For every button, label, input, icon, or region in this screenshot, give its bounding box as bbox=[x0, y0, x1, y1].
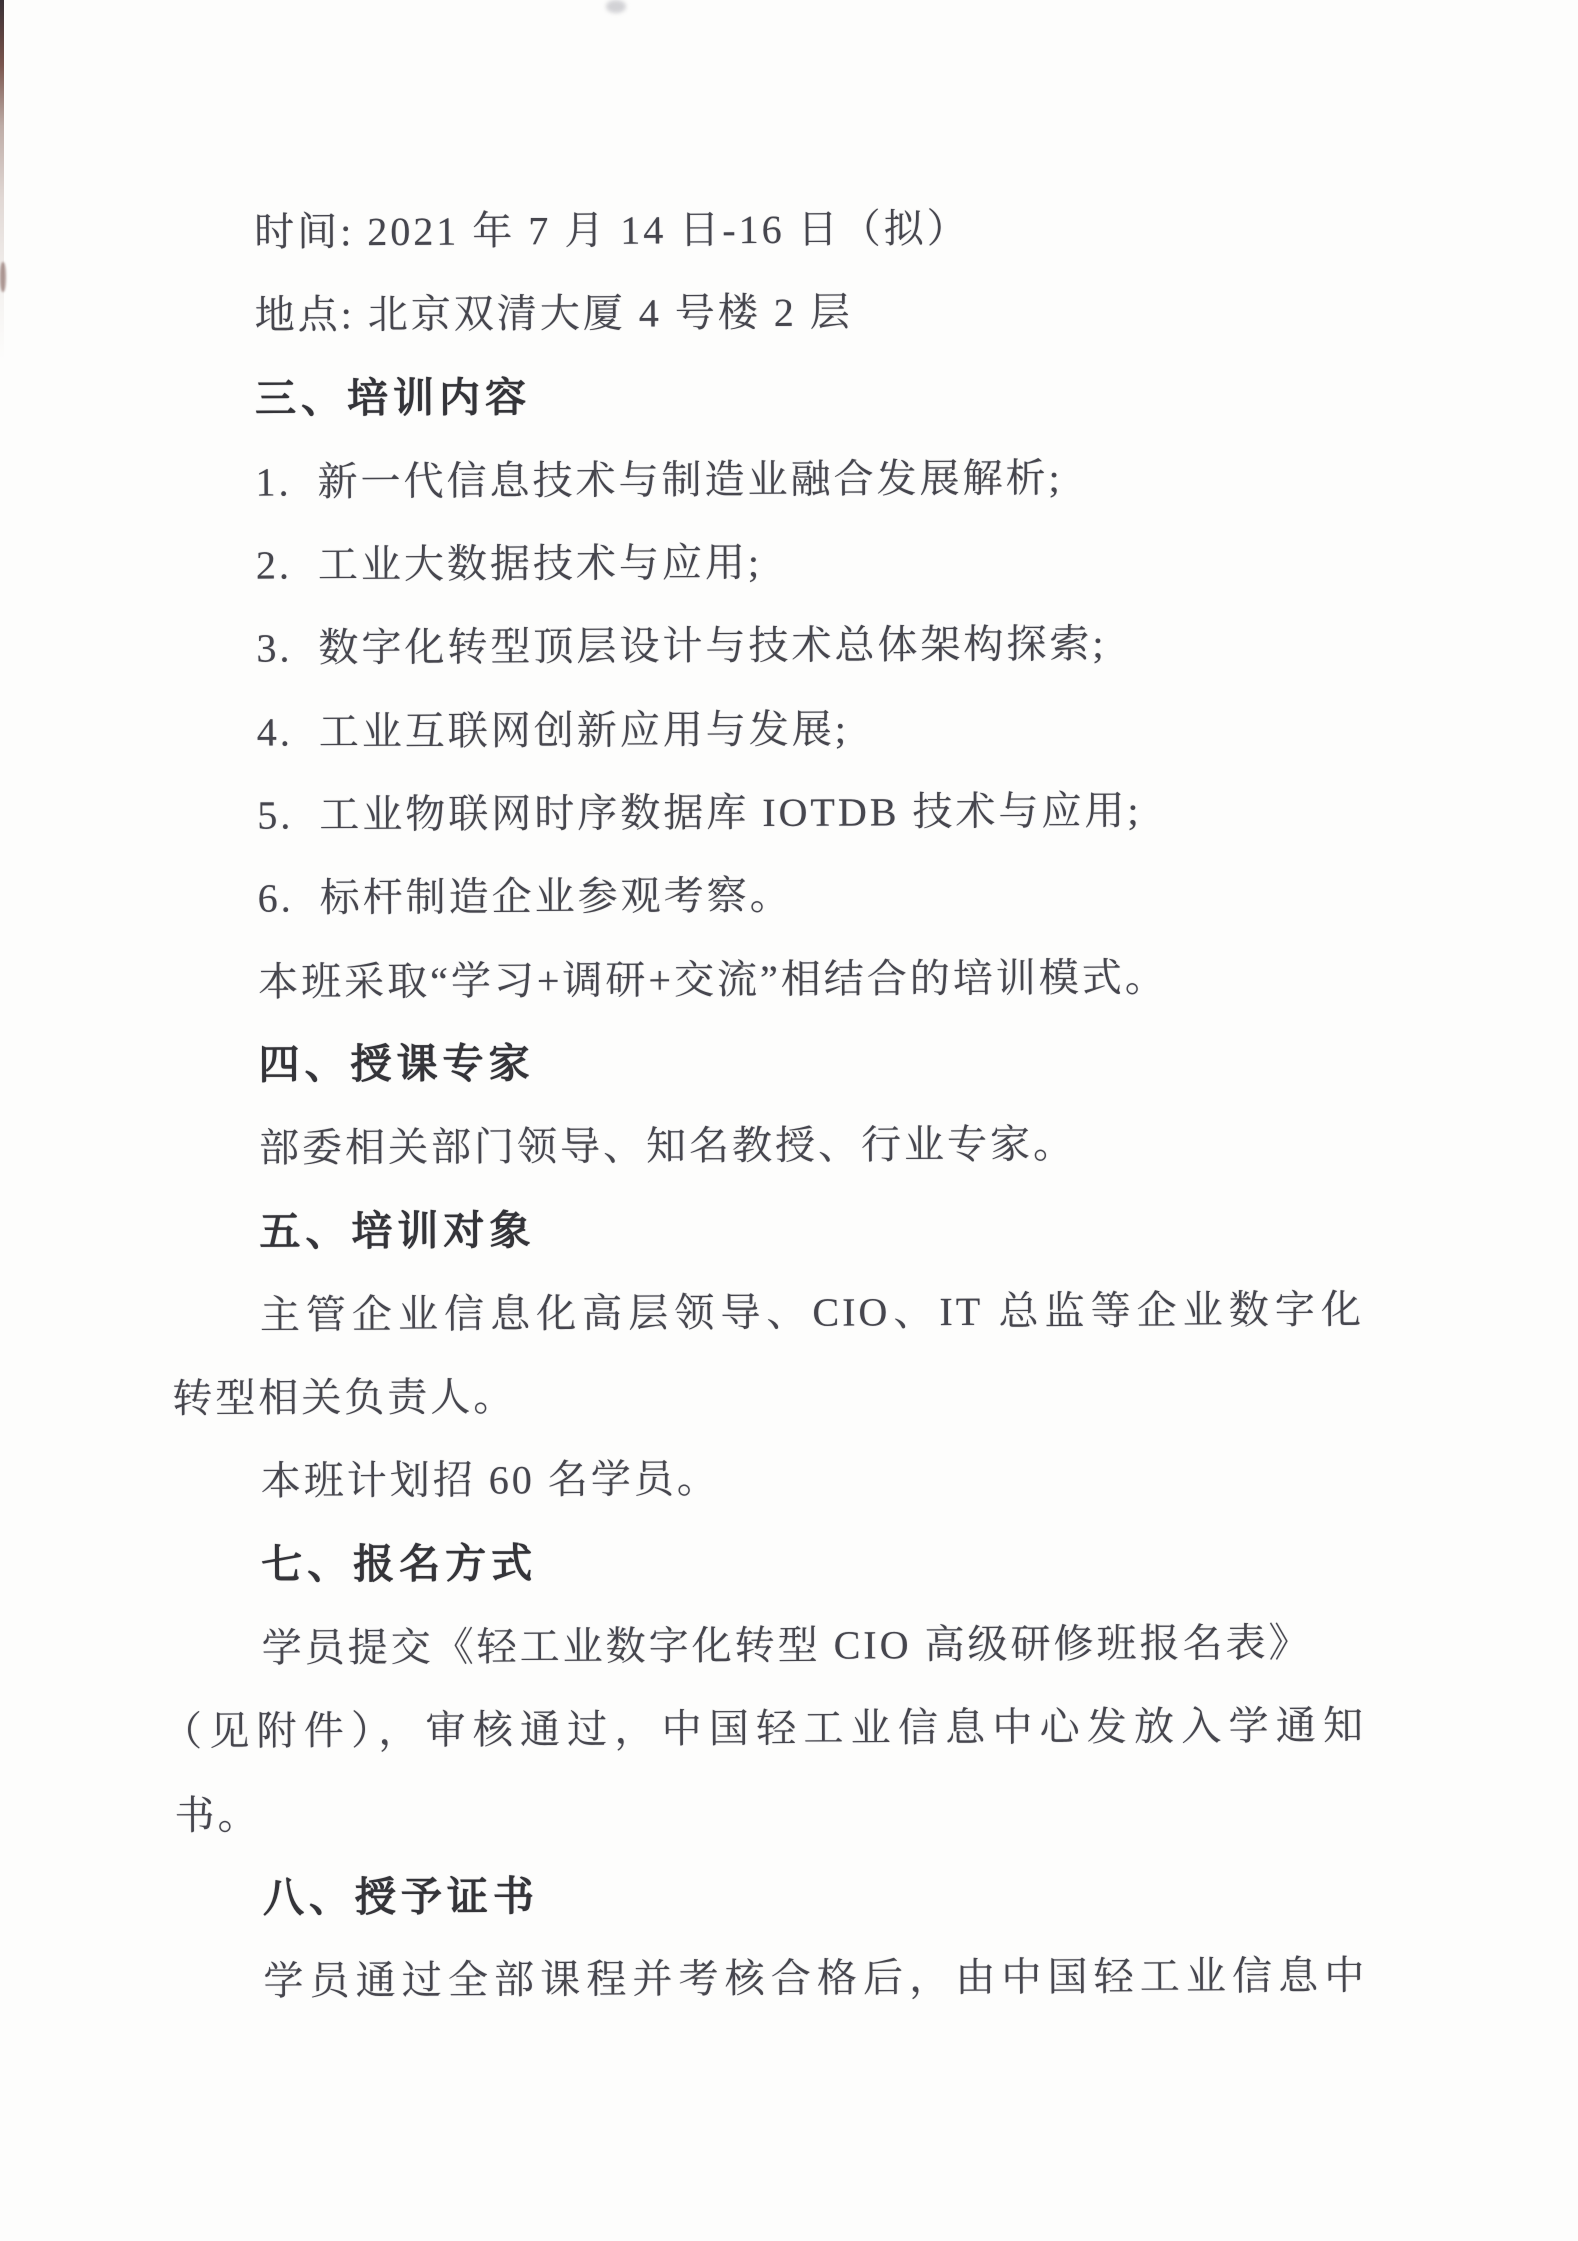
scan-edge-spot bbox=[0, 262, 6, 292]
line-training-mode: 本班采取“学习+调研+交流”相结合的培训模式。 bbox=[170, 935, 1362, 1025]
training-item-3: 3. 数字化转型顶层设计与技术总体架构探索; bbox=[168, 601, 1360, 691]
heading-section-5-trainees: 五、培训对象 bbox=[171, 1184, 1363, 1274]
training-item-6: 6. 标杆制造企业参观考察。 bbox=[169, 851, 1361, 941]
line-enrollment-quota: 本班计划招 60 名学员。 bbox=[173, 1434, 1365, 1524]
line-registration-1: 学员提交《轻工业数字化转型 CIO 高级研修班报名表》 bbox=[173, 1601, 1365, 1691]
heading-section-4-lecturers: 四、授课专家 bbox=[170, 1018, 1362, 1108]
heading-section-8-certificate: 八、授予证书 bbox=[175, 1851, 1367, 1941]
scanned-document-page: 时间: 2021 年 7 月 14 日-16 日（拟） 地点: 北京双清大厦 4… bbox=[0, 0, 1578, 2241]
heading-section-7-registration: 七、报名方式 bbox=[173, 1518, 1365, 1608]
document-body: 时间: 2021 年 7 月 14 日-16 日（拟） 地点: 北京双清大厦 4… bbox=[166, 185, 1368, 2024]
heading-section-3-training-content: 三、培训内容 bbox=[167, 351, 1359, 441]
line-trainees-1: 主管企业信息化高层领导、CIO、IT 总监等企业数字化 bbox=[172, 1268, 1364, 1358]
line-registration-2: （见附件），审核通过，中国轻工业信息中心发放入学通知 bbox=[174, 1684, 1366, 1774]
line-certificate-1: 学员通过全部课程并考核合格后，由中国轻工业信息中 bbox=[175, 1934, 1367, 2024]
line-location: 地点: 北京双清大厦 4 号楼 2 层 bbox=[166, 268, 1358, 358]
scan-top-smudge bbox=[606, 0, 626, 13]
line-trainees-2: 转型相关负责人。 bbox=[172, 1351, 1364, 1441]
training-item-4: 4. 工业互联网创新应用与发展; bbox=[169, 685, 1361, 775]
line-registration-3: 书。 bbox=[174, 1767, 1366, 1857]
line-time: 时间: 2021 年 7 月 14 日-16 日（拟） bbox=[166, 185, 1358, 275]
training-item-5: 5. 工业物联网时序数据库 IOTDB 技术与应用; bbox=[169, 768, 1361, 858]
training-item-2: 2. 工业大数据技术与应用; bbox=[168, 518, 1360, 608]
scan-edge-artifact bbox=[0, 0, 4, 360]
training-item-1: 1. 新一代信息技术与制造业融合发展解析; bbox=[167, 435, 1359, 525]
line-lecturers: 部委相关部门领导、知名教授、行业专家。 bbox=[171, 1101, 1363, 1191]
